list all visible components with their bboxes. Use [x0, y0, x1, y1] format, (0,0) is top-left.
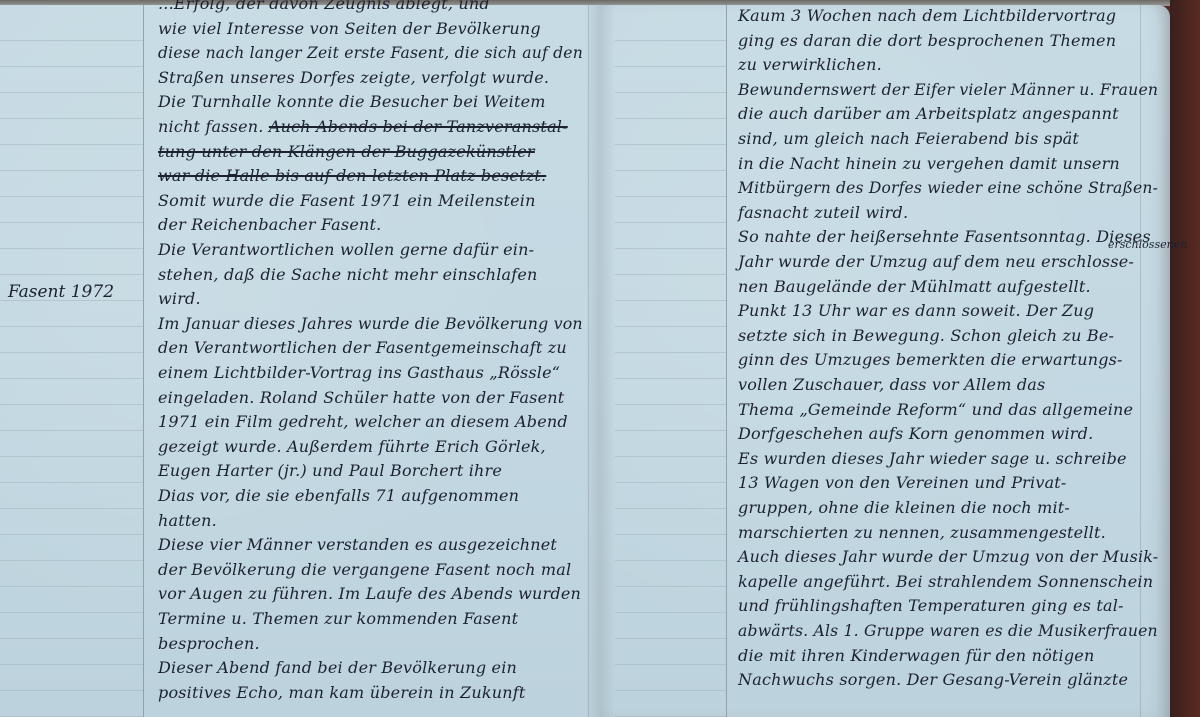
ruled-line — [615, 66, 726, 67]
handwritten-line: Termine u. Themen zur kommenden Fasent — [158, 609, 518, 628]
ruled-line — [0, 66, 143, 67]
handwritten-line: wird. — [158, 289, 201, 308]
handwritten-line: wie viel Interesse von Seiten der Bevölk… — [158, 19, 541, 38]
ruled-line — [0, 274, 143, 275]
ruled-line — [0, 534, 143, 535]
handwritten-line: sind, um gleich nach Feierabend bis spät — [738, 129, 1079, 148]
handwritten-line: nicht fassen. Auch Abends bei der Tanzve… — [158, 117, 568, 136]
handwritten-line: abwärts. Als 1. Gruppe waren es die Musi… — [738, 621, 1158, 640]
handwritten-line: Mitbürgern des Dorfes wieder eine schöne… — [738, 178, 1158, 197]
ruled-line — [0, 352, 143, 353]
handwritten-line: Jahr wurde der Umzug auf dem neu erschlo… — [738, 252, 1134, 271]
ruled-line — [615, 118, 726, 119]
handwritten-line: nen Baugelände der Mühlmatt aufgestellt. — [738, 277, 1091, 296]
handwritten-line: Die Turnhalle konnte die Besucher bei We… — [158, 92, 546, 111]
ruled-line — [615, 378, 726, 379]
ruled-line — [0, 664, 143, 665]
ruled-line — [615, 274, 726, 275]
ruled-line — [0, 430, 143, 431]
ruled-line — [615, 664, 726, 665]
handwritten-line: diese nach langer Zeit erste Fasent, die… — [158, 43, 583, 62]
handwritten-line: Es wurden dieses Jahr wieder sage u. sch… — [738, 449, 1127, 468]
handwritten-line: ...Erfolg, der davon Zeugnis ablegt, und — [158, 0, 490, 13]
handwritten-line: Nachwuchs sorgen. Der Gesang-Verein glän… — [738, 670, 1128, 689]
handwritten-line: Punkt 13 Uhr war es dann soweit. Der Zug — [738, 301, 1094, 320]
handwritten-line: Die Verantwortlichen wollen gerne dafür … — [158, 240, 534, 259]
handwritten-line: Im Januar dieses Jahres wurde die Bevölk… — [158, 314, 583, 333]
ruled-line — [0, 248, 143, 249]
handwritten-line: hatten. — [158, 511, 217, 530]
ruled-line — [0, 144, 143, 145]
insertion-note: erschlossenen — [1108, 238, 1187, 251]
ruled-line — [0, 638, 143, 639]
handwritten-line: Thema „Gemeinde Reform“ und das allgemei… — [738, 400, 1133, 419]
ruled-line — [615, 638, 726, 639]
ruled-line — [615, 196, 726, 197]
handwritten-line: in die Nacht hinein zu vergehen damit un… — [738, 154, 1120, 173]
handwritten-line: Diese vier Männer verstanden es ausgezei… — [158, 535, 557, 554]
background-edge — [1170, 0, 1200, 717]
ruled-line — [615, 482, 726, 483]
margin-note-year: Fasent 1972 — [8, 282, 114, 302]
handwritten-line: stehen, daß die Sache nicht mehr einschl… — [158, 265, 538, 284]
ruled-line — [0, 326, 143, 327]
handwritten-line: den Verantwortlichen der Fasentgemeinsch… — [158, 338, 567, 357]
handwritten-line: besprochen. — [158, 634, 260, 653]
ruled-line — [615, 430, 726, 431]
left-margin-line — [143, 5, 144, 717]
handwritten-line: war die Halle bis auf den letzten Platz … — [158, 166, 546, 185]
ruled-line — [615, 40, 726, 41]
right-margin-line — [726, 5, 727, 717]
handwritten-line: ginn des Umzuges bemerkten die erwartung… — [738, 350, 1123, 369]
ruled-line — [615, 92, 726, 93]
ruled-line — [0, 612, 143, 613]
ruled-line — [615, 690, 726, 691]
handwritten-line: fasnacht zuteil wird. — [738, 203, 908, 222]
handwritten-line: Eugen Harter (jr.) und Paul Borchert ihr… — [158, 461, 502, 480]
ruled-line — [615, 222, 726, 223]
handwritten-line: der Reichenbacher Fasent. — [158, 215, 381, 234]
handwritten-line: 13 Wagen von den Vereinen und Privat- — [738, 473, 1067, 492]
ruled-line — [0, 560, 143, 561]
ruled-line — [615, 248, 726, 249]
handwritten-line: Kaum 3 Wochen nach dem Lichtbildervortra… — [738, 6, 1116, 25]
handwritten-line: tung unter den Klängen der Buggazekünstl… — [158, 142, 535, 161]
ruled-line — [615, 456, 726, 457]
handwritten-line: der Bevölkerung die vergangene Fasent no… — [158, 560, 571, 579]
ruled-line — [615, 404, 726, 405]
handwritten-line: die mit ihren Kinderwagen für den nötige… — [738, 646, 1094, 665]
ruled-line — [615, 508, 726, 509]
ruled-line — [0, 482, 143, 483]
ruled-line — [0, 456, 143, 457]
handwritten-line: gezeigt wurde. Außerdem führte Erich Gör… — [158, 437, 546, 456]
handwritten-line: ging es daran die dort besprochenen Them… — [738, 31, 1116, 50]
handwritten-line: gruppen, ohne die kleinen die noch mit- — [738, 498, 1070, 517]
ruled-line — [0, 508, 143, 509]
ruled-line — [0, 378, 143, 379]
handwritten-line: Bewundernswert der Eifer vieler Männer u… — [738, 80, 1158, 99]
ruled-line — [0, 196, 143, 197]
ruled-line — [615, 300, 726, 301]
handwritten-line: Dieser Abend fand bei der Bevölkerung ei… — [158, 658, 517, 677]
ruled-line — [615, 170, 726, 171]
handwritten-line: 1971 ein Film gedreht, welcher an diesem… — [158, 412, 568, 431]
ruled-line — [615, 534, 726, 535]
book-gutter — [585, 5, 615, 717]
ruled-line — [615, 144, 726, 145]
ruled-line — [615, 560, 726, 561]
ruled-line — [0, 170, 143, 171]
handwritten-line: kapelle angeführt. Bei strahlendem Sonne… — [738, 572, 1153, 591]
ruled-line — [0, 222, 143, 223]
handwritten-line: vollen Zuschauer, dass vor Allem das — [738, 375, 1045, 394]
ruled-line — [615, 352, 726, 353]
handwritten-line: marschierten zu nennen, zusammengestellt… — [738, 523, 1106, 542]
handwritten-line: So nahte der heißersehnte Fasentsonntag.… — [738, 227, 1151, 246]
handwritten-line: positives Echo, man kam überein in Zukun… — [158, 683, 526, 702]
handwritten-line: Straßen unseres Dorfes zeigte, verfolgt … — [158, 68, 549, 87]
handwritten-line: Somit wurde die Fasent 1971 ein Meilenst… — [158, 191, 536, 210]
handwritten-line: Auch dieses Jahr wurde der Umzug von der… — [738, 547, 1158, 566]
handwritten-line: vor Augen zu führen. Im Laufe des Abends… — [158, 584, 581, 603]
ruled-line — [615, 612, 726, 613]
ruled-line — [0, 690, 143, 691]
right-page-edge-line — [1140, 5, 1141, 717]
handwritten-line: eingeladen. Roland Schüler hatte von der… — [158, 388, 564, 407]
handwritten-line: und frühlingshaften Temperaturen ging es… — [738, 596, 1124, 615]
handwritten-line: die auch darüber am Arbeitsplatz angespa… — [738, 104, 1119, 123]
ruled-line — [0, 404, 143, 405]
handwritten-line: Dias vor, die sie ebenfalls 71 aufgenomm… — [158, 486, 519, 505]
ruled-line — [0, 92, 143, 93]
ruled-line — [0, 40, 143, 41]
ruled-line — [615, 326, 726, 327]
handwritten-line: setzte sich in Bewegung. Schon gleich zu… — [738, 326, 1114, 345]
ruled-line — [615, 586, 726, 587]
handwritten-line: zu verwirklichen. — [738, 55, 882, 74]
left-page-edge-line — [588, 5, 589, 717]
handwritten-line: Dorfgeschehen aufs Korn genommen wird. — [738, 424, 1093, 443]
ruled-line — [0, 118, 143, 119]
ruled-line — [0, 586, 143, 587]
handwritten-line: einem Lichtbilder-Vortrag ins Gasthaus „… — [158, 363, 560, 382]
